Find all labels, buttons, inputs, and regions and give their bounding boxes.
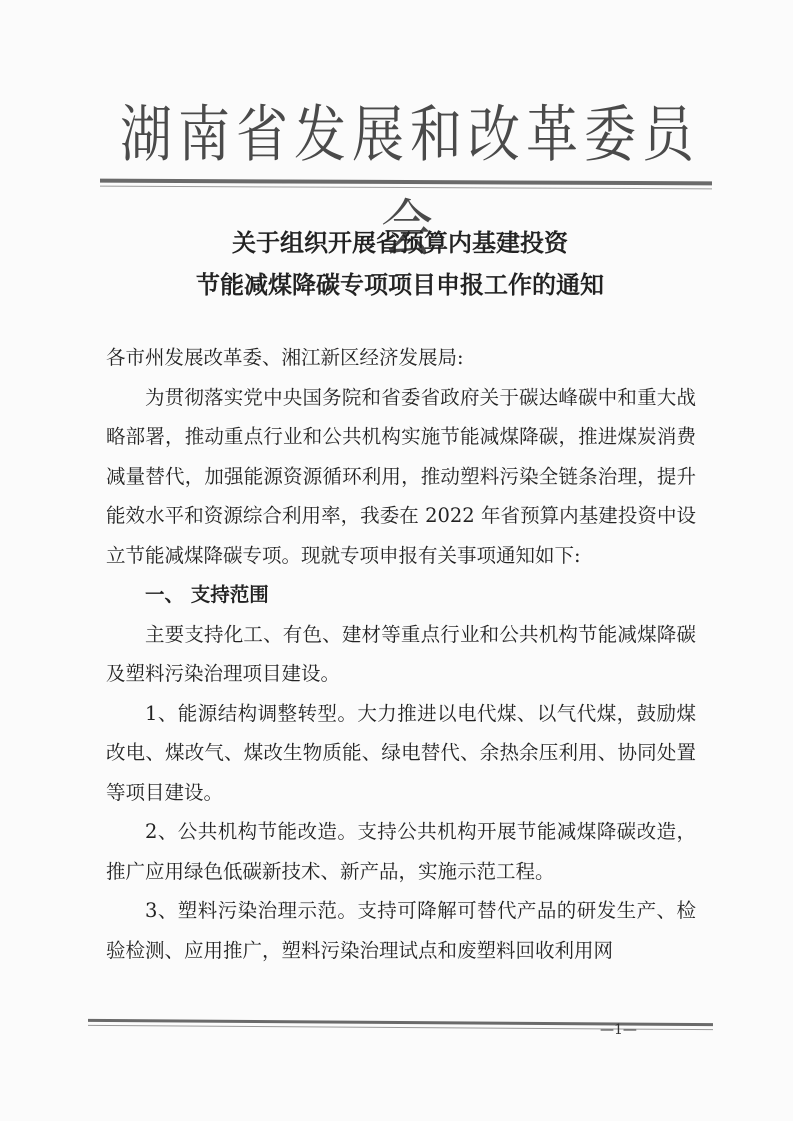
document-page: 湖南省发展和改革委员会 关于组织开展省预算内基建投资 节能减煤降碳专项项目申报工… — [0, 0, 793, 1121]
list-item: 2、公共机构节能改造。支持公共机构开展节能减煤降碳改造，推广应用绿色低碳新技术、… — [106, 812, 696, 891]
page-number: —1— — [600, 1022, 637, 1038]
document-body: 各市州发展改革委、湘江新区经济发展局: 为贯彻落实党中央国务院和省委省政府关于碳… — [106, 338, 696, 970]
list-item: 1、能源结构调整转型。大力推进以电代煤、以气代煤，鼓励煤改电、煤改气、煤改生物质… — [106, 694, 696, 813]
section-summary: 主要支持化工、有色、建材等重点行业和公共机构节能减煤降碳及塑料污染治理项目建设。 — [106, 615, 696, 694]
title-line-2: 节能减煤降碳专项项目申报工作的通知 — [120, 264, 680, 306]
salutation: 各市州发展改革委、湘江新区经济发展局: — [106, 338, 696, 378]
title-line-1: 关于组织开展省预算内基建投资 — [120, 222, 680, 264]
intro-paragraph: 为贯彻落实党中央国务院和省委省政府关于碳达峰碳中和重大战略部署，推动重点行业和公… — [106, 378, 696, 576]
document-title: 关于组织开展省预算内基建投资 节能减煤降碳专项项目申报工作的通知 — [120, 222, 680, 306]
list-item: 3、塑料污染治理示范。支持可降解可替代产品的研发生产、检验检测、应用推广，塑料污… — [106, 891, 696, 970]
section-heading: 一、 支持范围 — [106, 575, 696, 615]
